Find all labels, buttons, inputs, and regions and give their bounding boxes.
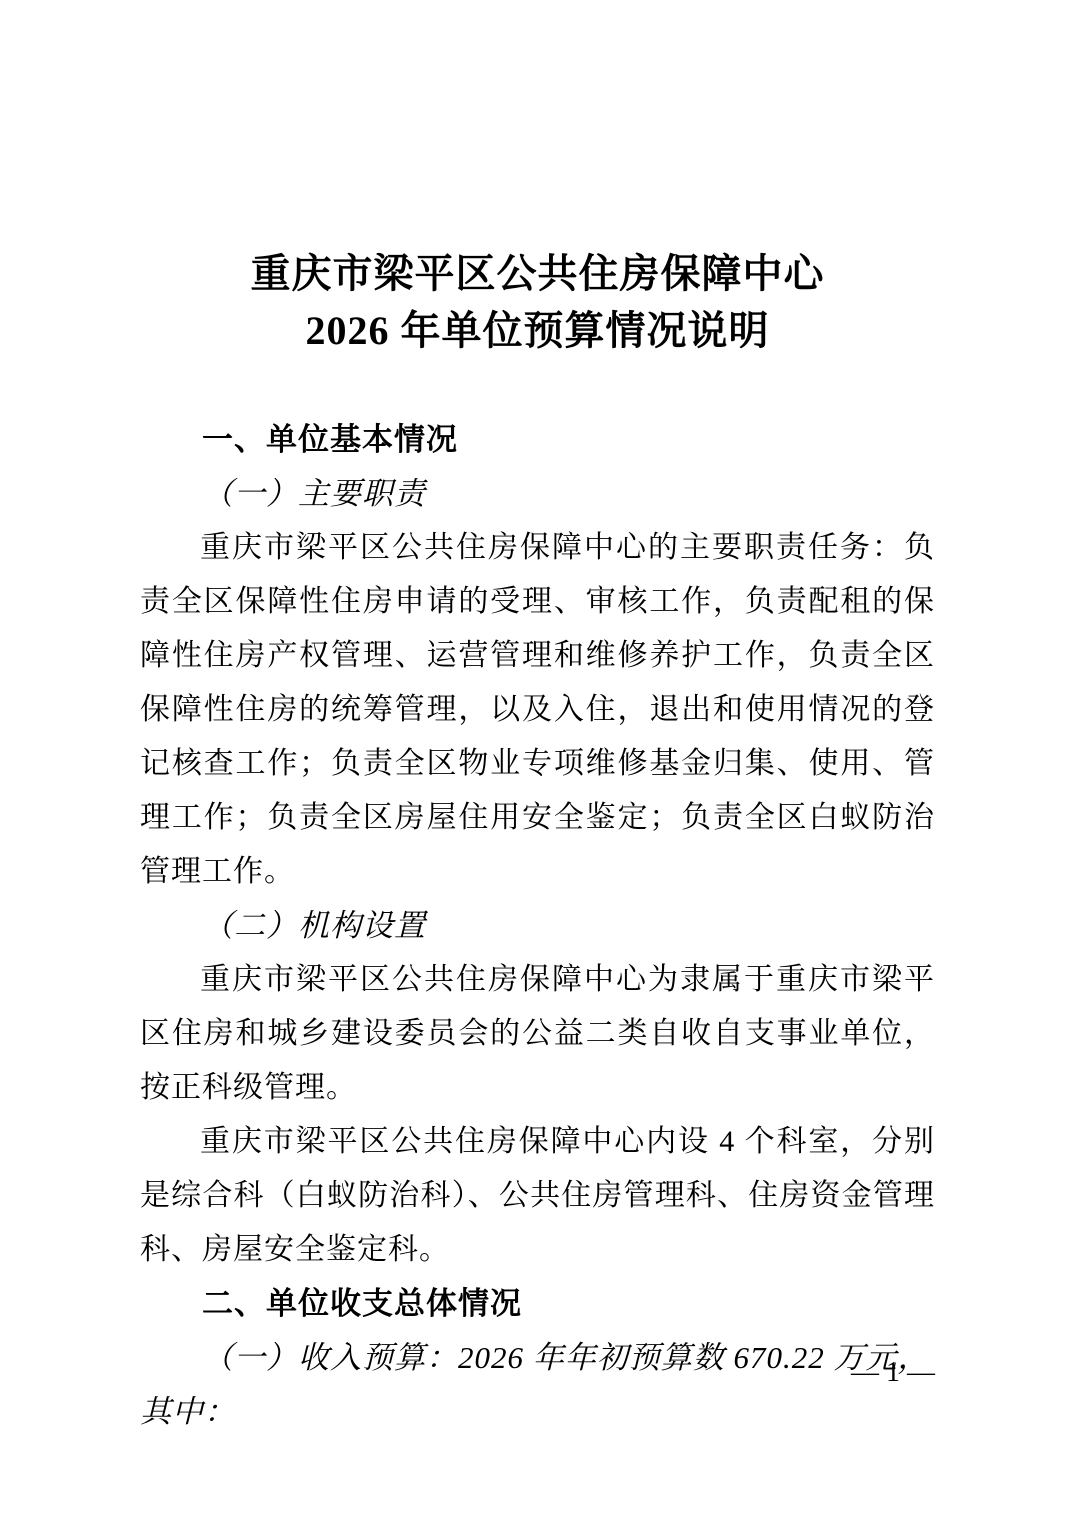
paragraph-main-duties: 重庆市梁平区公共住房保障中心的主要职责任务：负责全区保障性住房申请的受理、审核工… [140,521,935,899]
page-number: — 1 — [851,1356,935,1390]
section-heading-basic-info: 一、单位基本情况 [140,413,935,467]
section-heading-budget-overview: 二、单位收支总体情况 [140,1277,935,1331]
document-body: 一、单位基本情况 （一）主要职责 重庆市梁平区公共住房保障中心的主要职责任务：负… [140,413,935,1439]
paragraph-org-departments: 重庆市梁平区公共住房保障中心内设 4 个科室，分别是综合科（白蚁防治科）、公共住… [140,1115,935,1277]
title-line-1: 重庆市梁平区公共住房保障中心 [140,245,935,302]
subsection-heading-main-duties: （一）主要职责 [140,467,935,521]
subsection-heading-income-budget: （一）收入预算：2026 年年初预算数 670.22 万元，其中： [140,1331,935,1439]
paragraph-org-affiliation: 重庆市梁平区公共住房保障中心为隶属于重庆市梁平区住房和城乡建设委员会的公益二类自… [140,953,935,1115]
document-page: 重庆市梁平区公共住房保障中心 2026 年单位预算情况说明 一、单位基本情况 （… [0,0,1074,1520]
title-line-2: 2026 年单位预算情况说明 [140,302,935,359]
subsection-heading-org-structure: （二）机构设置 [140,899,935,953]
document-title: 重庆市梁平区公共住房保障中心 2026 年单位预算情况说明 [140,245,935,359]
